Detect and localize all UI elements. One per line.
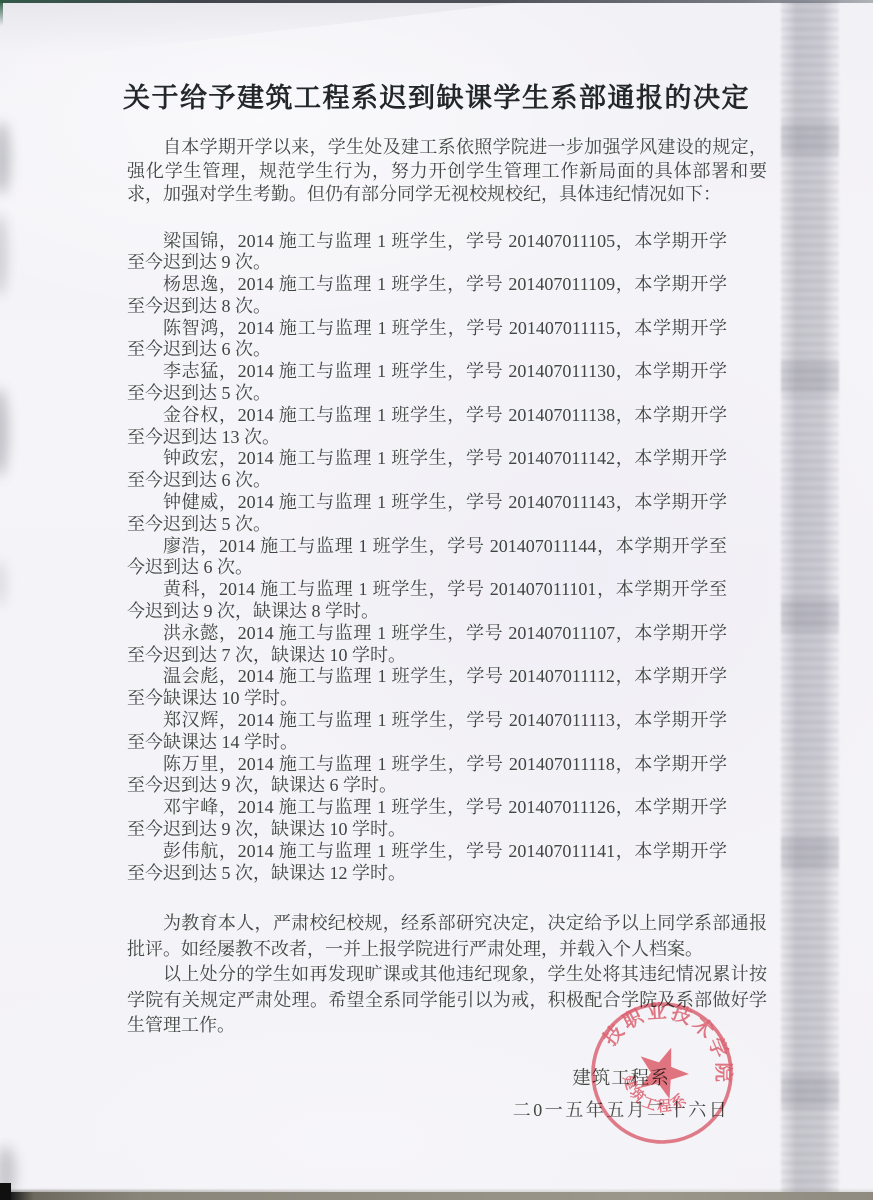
student-list: 梁国锦，2014 施工与监理 1 班学生，学号 201407011105，本学期… — [127, 231, 727, 885]
scanned-document-page: 关于给予建筑工程系迟到缺课学生系部通报的决定 自本学期开学以来，学生处及建工系依… — [0, 0, 873, 1200]
scan-smudge — [0, 122, 10, 194]
document-title: 关于给予建筑工程系迟到缺课学生系部通报的决定 — [0, 76, 873, 115]
student-entry: 梁国锦，2014 施工与监理 1 班学生，学号 201407011105，本学期… — [127, 231, 727, 275]
closing-paragraph: 为教育本人，严肃校纪校规，经系部研究决定，决定给予以上同学系部通报批评。如经屡教… — [127, 911, 767, 962]
student-entry: 洪永懿，2014 施工与监理 1 班学生，学号 201407011107，本学期… — [127, 623, 727, 667]
scan-smudge — [0, 560, 6, 606]
student-entry: 钟政宏，2014 施工与监理 1 班学生，学号 201407011142，本学期… — [127, 448, 727, 492]
student-entry: 黄科，2014 施工与监理 1 班学生，学号 201407011101，本学期开… — [127, 579, 727, 623]
student-entry: 廖浩，2014 施工与监理 1 班学生，学号 201407011144，本学期开… — [127, 536, 727, 580]
intro-paragraph: 自本学期开学以来，学生处及建工系依照学院进一步加强学风建设的规定，强化学生管理，… — [127, 136, 767, 207]
student-entry: 金谷权，2014 施工与监理 1 班学生，学号 201407011138，本学期… — [127, 405, 727, 449]
official-seal: 技职业技术学院 建筑工程系 — [584, 995, 740, 1151]
student-entry: 李志猛，2014 施工与监理 1 班学生，学号 201407011130，本学期… — [127, 361, 727, 405]
student-entry: 温会彪，2014 施工与监理 1 班学生，学号 201407011112，本学期… — [127, 666, 727, 710]
scan-edge-bottom — [0, 1192, 873, 1200]
scan-smudge — [0, 388, 8, 476]
student-entry: 钟健威，2014 施工与监理 1 班学生，学号 201407011143，本学期… — [127, 492, 727, 536]
scan-edge-left — [0, 0, 3, 26]
student-entry: 郑汉辉，2014 施工与监理 1 班学生，学号 201407011113，本学期… — [127, 710, 727, 754]
scan-smudge — [0, 214, 7, 296]
scan-edge-top — [0, 0, 873, 3]
student-entry: 邓宇峰，2014 施工与监理 1 班学生，学号 201407011126，本学期… — [127, 797, 727, 841]
student-entry: 陈智鸿，2014 施工与监理 1 班学生，学号 201407011115，本学期… — [127, 318, 727, 362]
student-entry: 陈万里，2014 施工与监理 1 班学生，学号 201407011118，本学期… — [127, 754, 727, 798]
student-entry: 杨思逸，2014 施工与监理 1 班学生，学号 201407011109，本学期… — [127, 274, 727, 318]
scan-shadow-strip-right — [781, 0, 839, 1200]
student-entry: 彭伟航，2014 施工与监理 1 班学生，学号 201407011141，本学期… — [127, 841, 727, 885]
scan-fold-shadow — [0, 0, 540, 64]
document-body: 自本学期开学以来，学生处及建工系依照学院进一步加强学风建设的规定，强化学生管理，… — [127, 136, 775, 1038]
scan-corner-mark — [0, 1183, 11, 1200]
